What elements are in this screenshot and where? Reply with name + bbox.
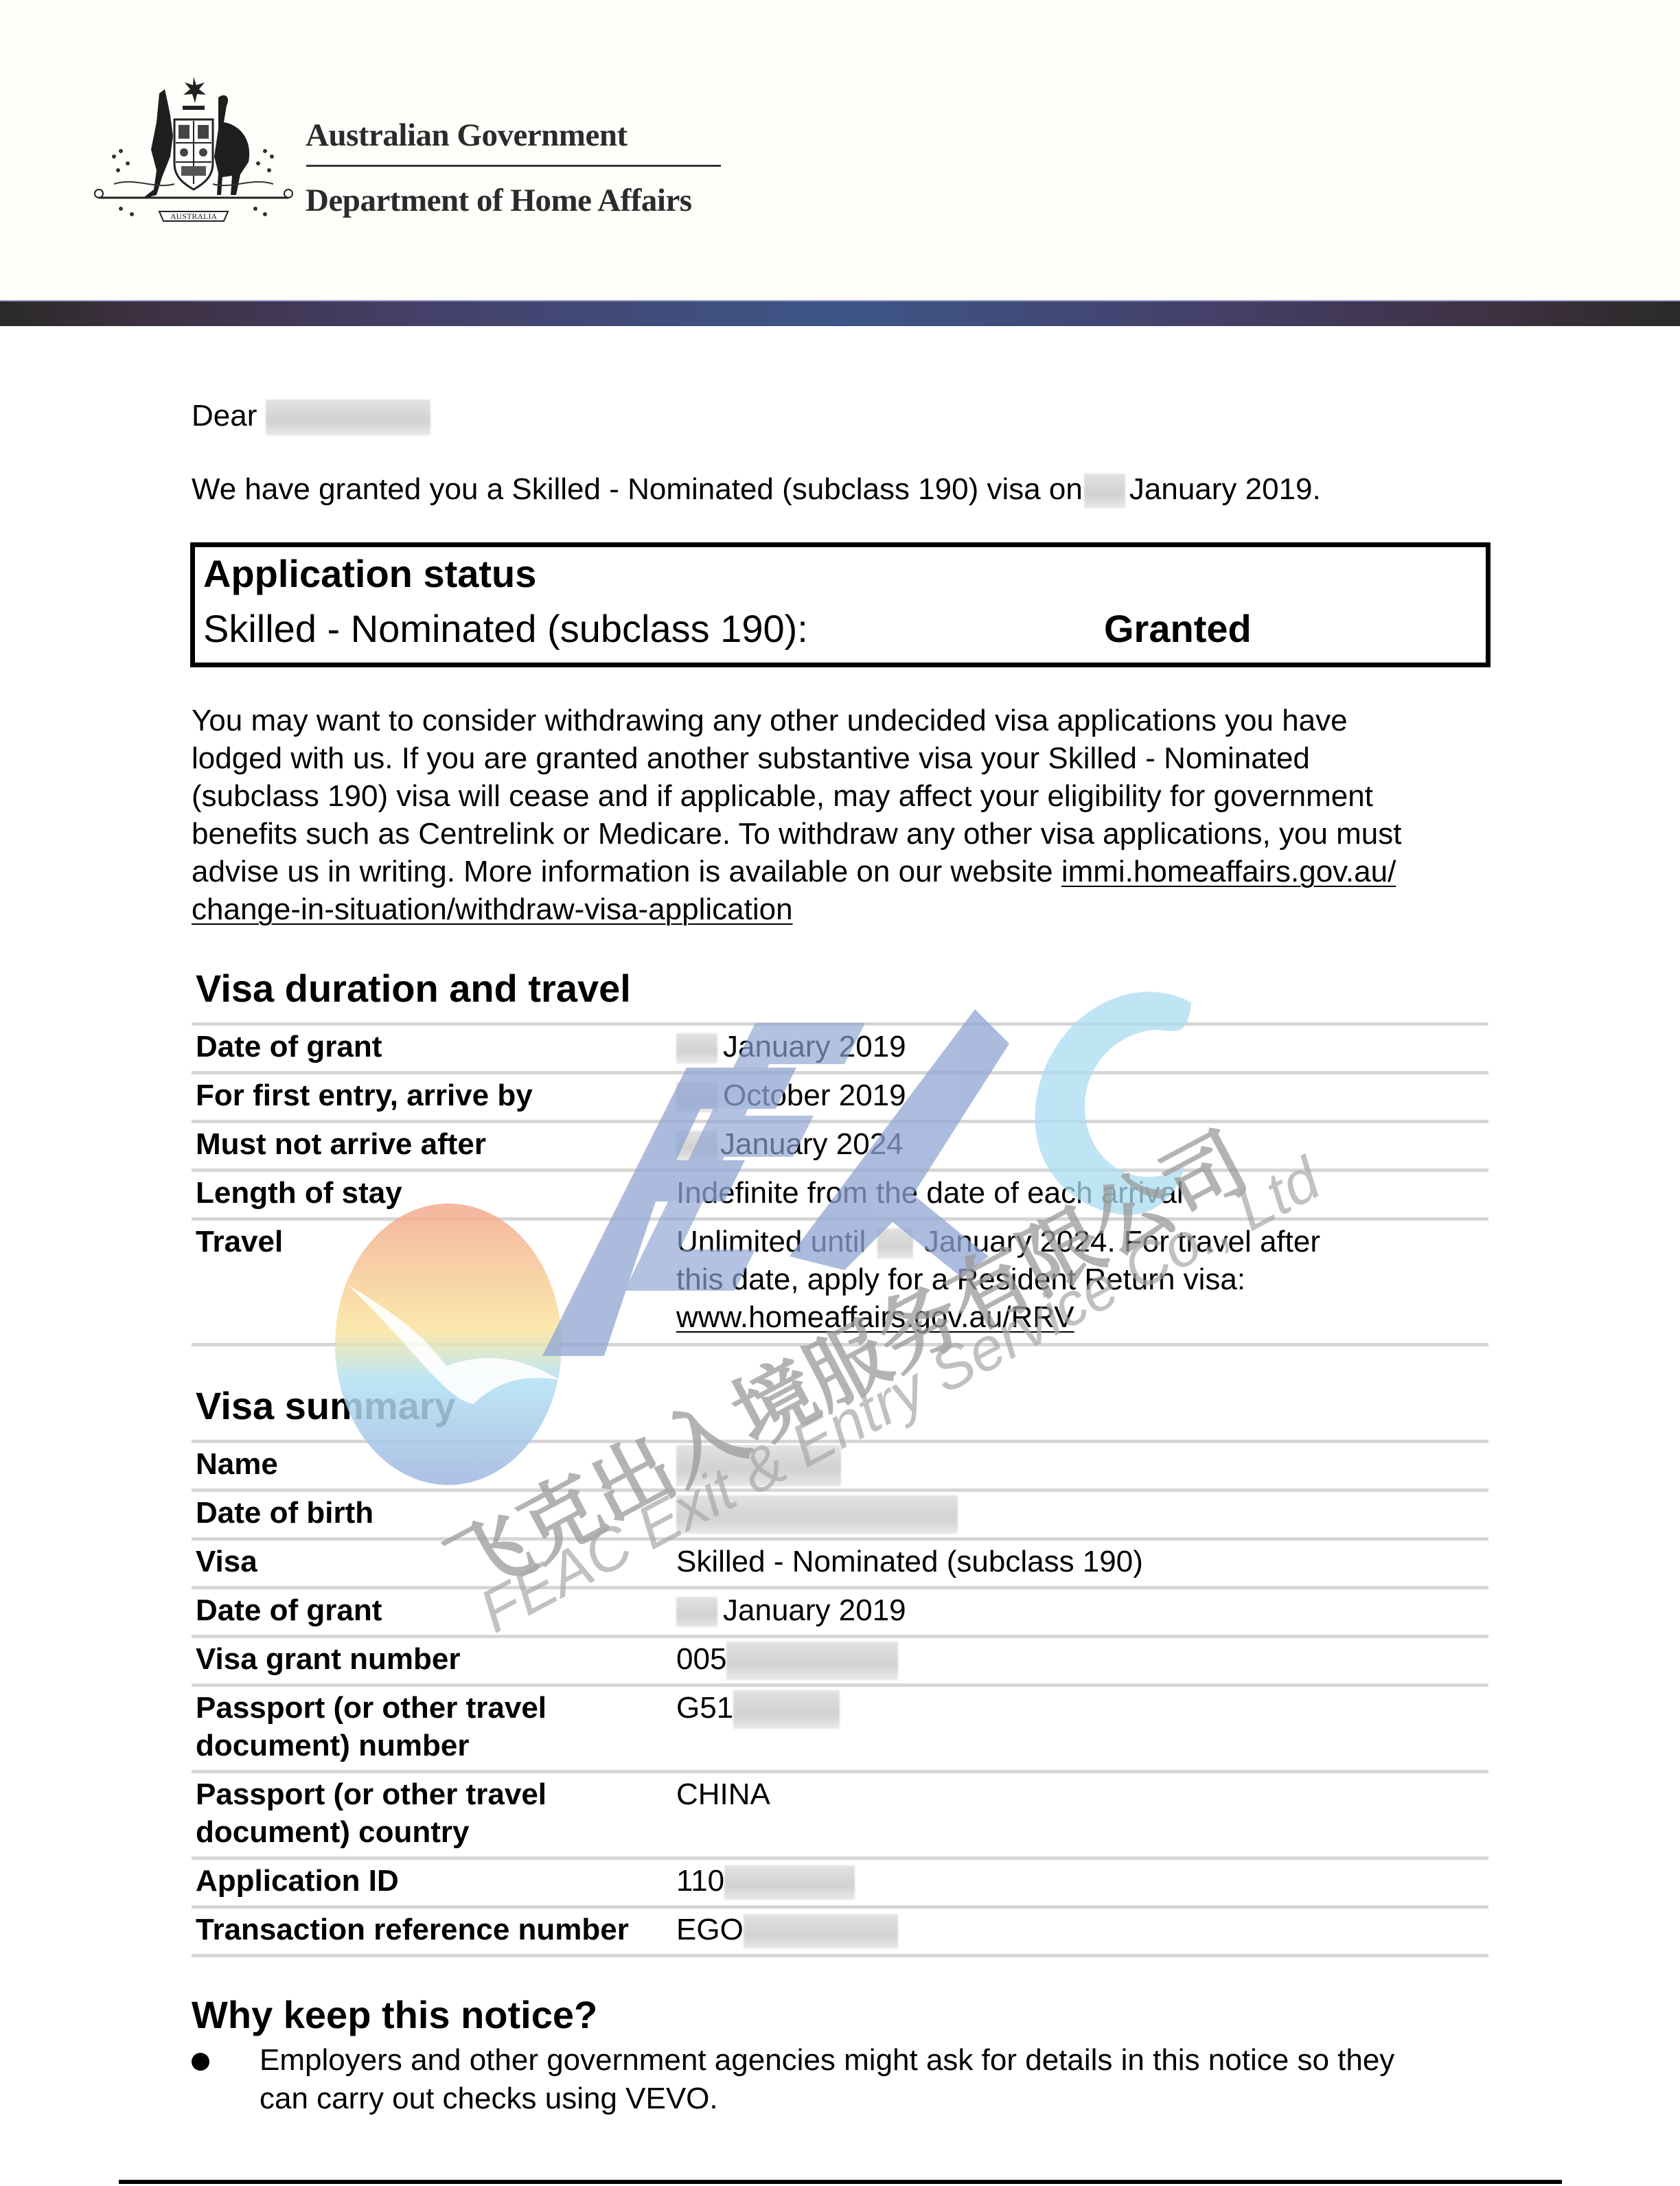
resident-return-visa-link[interactable]: www.homeaffairs.gov.au/RRV — [676, 1300, 1074, 1334]
table-row: Passport (or other traveldocument) numbe… — [192, 1683, 1488, 1770]
letterhead: AUSTRALIA Australian Government Departme… — [0, 0, 1680, 300]
withdraw-advice-paragraph: You may want to consider withdrawing any… — [192, 702, 1496, 928]
table-row: Date of grant January 2019 — [192, 1586, 1488, 1635]
redacted-date-of-birth — [676, 1495, 958, 1534]
withdraw-visa-link[interactable]: immi.homeaffairs.gov.au/ — [1061, 855, 1396, 888]
why-keep-notice-heading: Why keep this notice? — [192, 1991, 597, 2039]
table-row: Transaction reference number EGO — [192, 1905, 1488, 1954]
table-row: Name — [192, 1440, 1488, 1488]
header-band — [0, 300, 1680, 326]
visa-duration-table: Date of grant January 2019 For first ent… — [192, 1022, 1488, 1346]
redacted-name — [266, 400, 430, 435]
table-end-rule — [192, 1343, 1488, 1346]
redacted-passport-number — [733, 1690, 840, 1729]
application-status-box: Application status Skilled - Nominated (… — [190, 542, 1491, 667]
table-row: Length of stay Indefinite from the date … — [192, 1169, 1488, 1217]
status-visa: Skilled - Nominated (subclass 190): — [203, 605, 808, 653]
visa-summary-table: Name Date of birth Visa Skilled - Nomina… — [192, 1440, 1488, 1957]
table-row: Visa Skilled - Nominated (subclass 190) — [192, 1537, 1488, 1586]
redacted-transaction-reference — [744, 1914, 898, 1948]
government-name: Australian Government — [306, 117, 628, 154]
bullet-icon — [192, 2053, 209, 2071]
redacted-application-id — [724, 1865, 855, 1900]
coat-of-arms-icon: AUSTRALIA — [93, 74, 294, 225]
visa-summary-heading: Visa summary — [196, 1382, 456, 1430]
svg-text:AUSTRALIA: AUSTRALIA — [170, 211, 217, 221]
redacted-name — [676, 1445, 841, 1486]
table-row: Must not arrive after January 2024 — [192, 1120, 1488, 1169]
redacted-day — [676, 1082, 717, 1112]
table-row: Application ID 110 — [192, 1856, 1488, 1905]
table-row: Visa grant number 005 — [192, 1635, 1488, 1683]
status-title: Application status — [203, 550, 536, 598]
withdraw-visa-link-continued[interactable]: change-in-situation/withdraw-visa-applic… — [192, 893, 793, 926]
status-badge: Granted — [1104, 605, 1252, 653]
department-name: Department of Home Affairs — [306, 182, 692, 219]
table-row: Travel Unlimited until January 2024. For… — [192, 1217, 1488, 1343]
table-end-rule — [192, 1954, 1488, 1957]
redacted-grant-number — [726, 1642, 898, 1680]
table-row: Date of grant January 2019 — [192, 1022, 1488, 1071]
redacted-day — [676, 1597, 717, 1627]
salutation: Dear — [192, 397, 430, 435]
redacted-day — [676, 1033, 717, 1063]
notice-bullet-text: Employers and other government agencies … — [260, 2041, 1394, 2118]
redacted-day — [877, 1228, 913, 1258]
visa-duration-heading: Visa duration and travel — [196, 965, 631, 1013]
redacted-day — [676, 1131, 717, 1161]
table-row: Date of birth — [192, 1488, 1488, 1537]
header-divider — [306, 165, 721, 167]
redacted-day — [1084, 474, 1125, 508]
table-row: For first entry, arrive by October 2019 — [192, 1071, 1488, 1120]
table-row: Passport (or other traveldocument) count… — [192, 1770, 1488, 1856]
bottom-divider — [119, 2180, 1562, 2184]
grant-sentence: We have granted you a Skilled - Nominate… — [192, 470, 1321, 508]
